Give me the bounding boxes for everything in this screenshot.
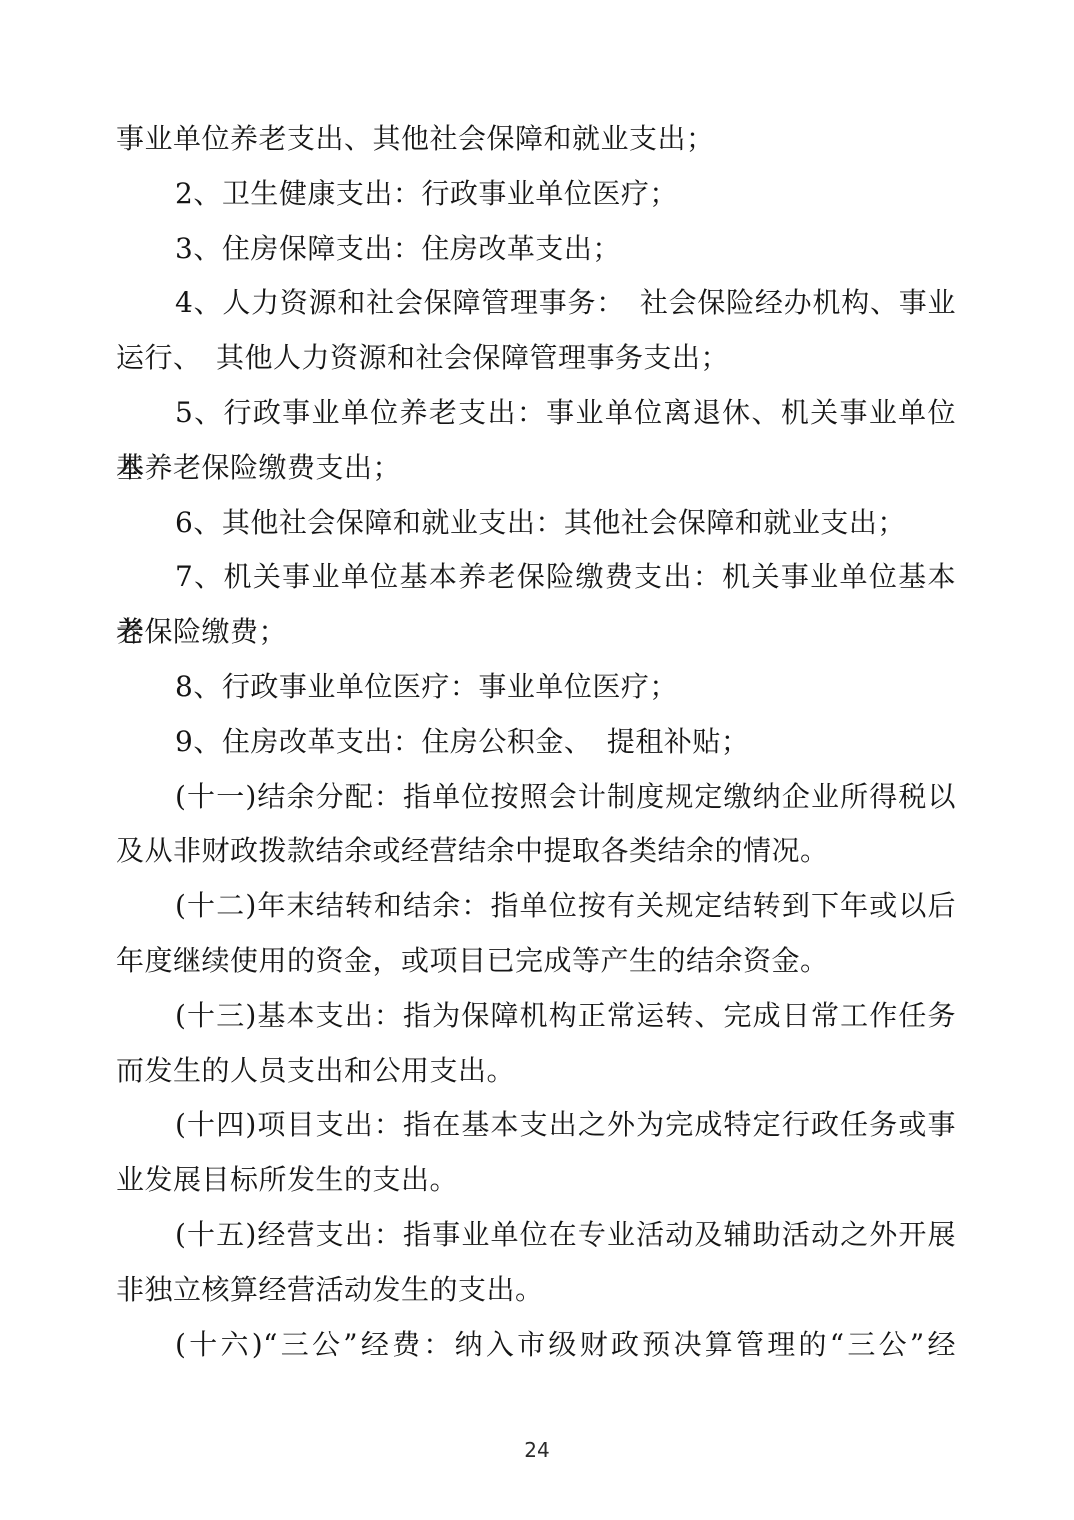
document-page: 事业单位养老支出、其他社会保障和就业支出；2、卫生健康支出：行政事业单位医疗；3… [0,0,1074,1520]
page-footer: 24 [0,1438,1074,1462]
text-line: 8、行政事业单位医疗：事业单位医疗； [116,660,956,715]
text-line: 6、其他社会保障和就业支出：其他社会保障和就业支出； [116,496,956,551]
text-line: 业发展目标所发生的支出。 [116,1153,956,1208]
text-line: 5、行政事业单位养老支出：事业单位离退休、机关事业单位基 [116,386,956,441]
text-line: (十五)经营支出：指事业单位在专业活动及辅助活动之外开展 [116,1208,956,1263]
text-line: 及从非财政拨款结余或经营结余中提取各类结余的情况。 [116,824,956,879]
text-line: 本养老保险缴费支出； [116,441,956,496]
text-line: 7、机关事业单位基本养老保险缴费支出：机关事业单位基本养 [116,550,956,605]
text-line: 运行、 其他人力资源和社会保障管理事务支出； [116,331,956,386]
page-number: 24 [524,1438,549,1462]
text-line: 4、人力资源和社会保障管理事务： 社会保险经办机构、事业 [116,276,956,331]
text-line: (十三)基本支出：指为保障机构正常运转、完成日常工作任务 [116,989,956,1044]
text-line: 9、住房改革支出：住房公积金、 提租补贴； [116,715,956,770]
text-line: 老保险缴费； [116,605,956,660]
text-line: (十二)年末结转和结余：指单位按有关规定结转到下年或以后 [116,879,956,934]
text-line: (十六)“三公”经费：纳入市级财政预决算管理的“三公”经 [116,1318,956,1373]
document-body: 事业单位养老支出、其他社会保障和就业支出；2、卫生健康支出：行政事业单位医疗；3… [116,112,956,1372]
text-line: (十四)项目支出：指在基本支出之外为完成特定行政任务或事 [116,1098,956,1153]
text-line: 3、住房保障支出：住房改革支出； [116,222,956,277]
text-line: 2、卫生健康支出：行政事业单位医疗； [116,167,956,222]
text-line: 非独立核算经营活动发生的支出。 [116,1263,956,1318]
text-line: 而发生的人员支出和公用支出。 [116,1044,956,1099]
text-line: 年度继续使用的资金，或项目已完成等产生的结余资金。 [116,934,956,989]
text-line: (十一)结余分配：指单位按照会计制度规定缴纳企业所得税以 [116,770,956,825]
text-line: 事业单位养老支出、其他社会保障和就业支出； [116,112,956,167]
